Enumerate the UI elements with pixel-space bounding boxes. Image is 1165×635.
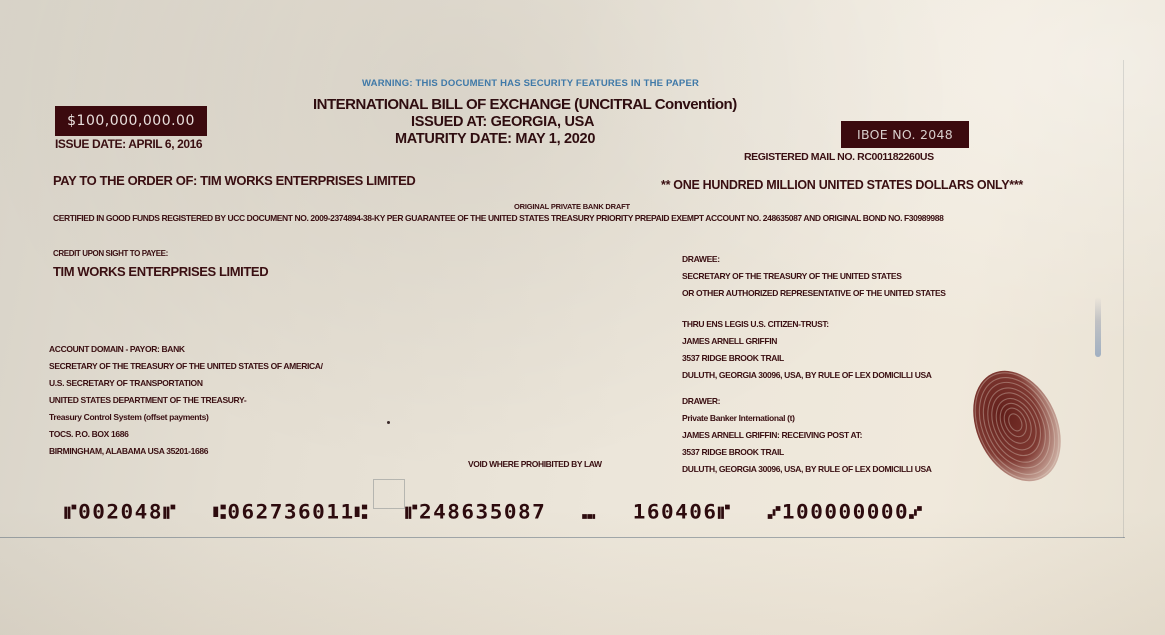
security-feature-mark xyxy=(1095,297,1101,357)
issued-at: ISSUED AT: GEORGIA, USA xyxy=(411,114,594,130)
drawer-block: DRAWER: Private Banker International (t)… xyxy=(682,393,932,478)
micr-amount: ⑇100000000⑇ xyxy=(768,501,924,524)
micr-routing-number: ⑆062736011⑆ xyxy=(213,501,369,524)
drawer-label: DRAWER: xyxy=(682,393,932,410)
drawer-line: 3537 RIDGE BROOK TRAIL xyxy=(682,444,932,461)
payor-line: U.S. SECRETARY OF TRANSPORTATION xyxy=(49,375,323,392)
trust-line: JAMES ARNELL GRIFFIN xyxy=(682,333,932,350)
drawer-line: DULUTH, GEORGIA 30096, USA, BY RULE OF L… xyxy=(682,461,932,478)
document-title: INTERNATIONAL BILL OF EXCHANGE (UNCITRAL… xyxy=(313,96,737,113)
bottom-rule xyxy=(0,537,1125,538)
amount-in-words: ** ONE HUNDRED MILLION UNITED STATES DOL… xyxy=(661,178,1023,192)
drawee-label: DRAWEE: xyxy=(682,251,946,268)
credit-payee: TIM WORKS ENTERPRISES LIMITED xyxy=(53,264,268,279)
drawer-line: Private Banker International (t) xyxy=(682,410,932,427)
drawee-block: DRAWEE: SECRETARY OF THE TREASURY OF THE… xyxy=(682,251,946,302)
trust-line: DULUTH, GEORGIA 30096, USA, BY RULE OF L… xyxy=(682,367,932,384)
fingerprint-icon xyxy=(962,362,1072,490)
trust-block: THRU ENS LEGIS U.S. CITIZEN-TRUST: JAMES… xyxy=(682,316,932,384)
micr-account-number: ⑈248635087 xyxy=(405,501,546,524)
drawee-line: OR OTHER AUTHORIZED REPRESENTATIVE OF TH… xyxy=(682,285,946,302)
micr-line: ⑈002048⑈ ⑆062736011⑆ ⑈248635087 ⑉ 160406… xyxy=(64,501,945,524)
pay-to-order: PAY TO THE ORDER OF: TIM WORKS ENTERPRIS… xyxy=(53,173,415,188)
ink-speck xyxy=(387,421,390,424)
issue-date: ISSUE DATE: APRIL 6, 2016 xyxy=(55,137,202,151)
maturity-date: MATURITY DATE: MAY 1, 2020 xyxy=(395,131,595,147)
amount-box: $100,000,000.00 xyxy=(55,106,207,136)
iboe-number-box: IBOE NO. 2048 xyxy=(841,121,969,148)
payor-line: SECRETARY OF THE TREASURY OF THE UNITED … xyxy=(49,358,323,375)
border-rule xyxy=(1123,60,1124,538)
payor-line: Treasury Control System (offset payments… xyxy=(49,409,323,426)
security-warning: WARNING: THIS DOCUMENT HAS SECURITY FEAT… xyxy=(362,78,699,89)
trust-line: 3537 RIDGE BROOK TRAIL xyxy=(682,350,932,367)
micr-date-code: 160406⑈ xyxy=(633,501,732,524)
payor-line: UNITED STATES DEPARTMENT OF THE TREASURY… xyxy=(49,392,323,409)
micr-separator: ⑉ xyxy=(582,501,596,524)
drawer-line: JAMES ARNELL GRIFFIN: RECEIVING POST AT: xyxy=(682,427,932,444)
trust-label: THRU ENS LEGIS U.S. CITIZEN-TRUST: xyxy=(682,316,932,333)
credit-label: CREDIT UPON SIGHT TO PAYEE: xyxy=(53,249,168,258)
payor-line: BIRMINGHAM, ALABAMA USA 35201-1686 xyxy=(49,443,323,460)
payor-block: ACCOUNT DOMAIN - PAYOR: BANK SECRETARY O… xyxy=(49,341,323,460)
micr-check-number: ⑈002048⑈ xyxy=(64,501,177,524)
registered-mail-number: REGISTERED MAIL NO. RC001182260US xyxy=(744,151,934,163)
void-notice: VOID WHERE PROHIBITED BY LAW xyxy=(468,459,602,469)
draft-label: ORIGINAL PRIVATE BANK DRAFT xyxy=(514,202,630,211)
drawee-line: SECRETARY OF THE TREASURY OF THE UNITED … xyxy=(682,268,946,285)
certification-text: CERTIFIED IN GOOD FUNDS REGISTERED BY UC… xyxy=(53,211,1063,226)
payor-label: ACCOUNT DOMAIN - PAYOR: BANK xyxy=(49,341,323,358)
payor-line: TOCS. P.O. BOX 1686 xyxy=(49,426,323,443)
